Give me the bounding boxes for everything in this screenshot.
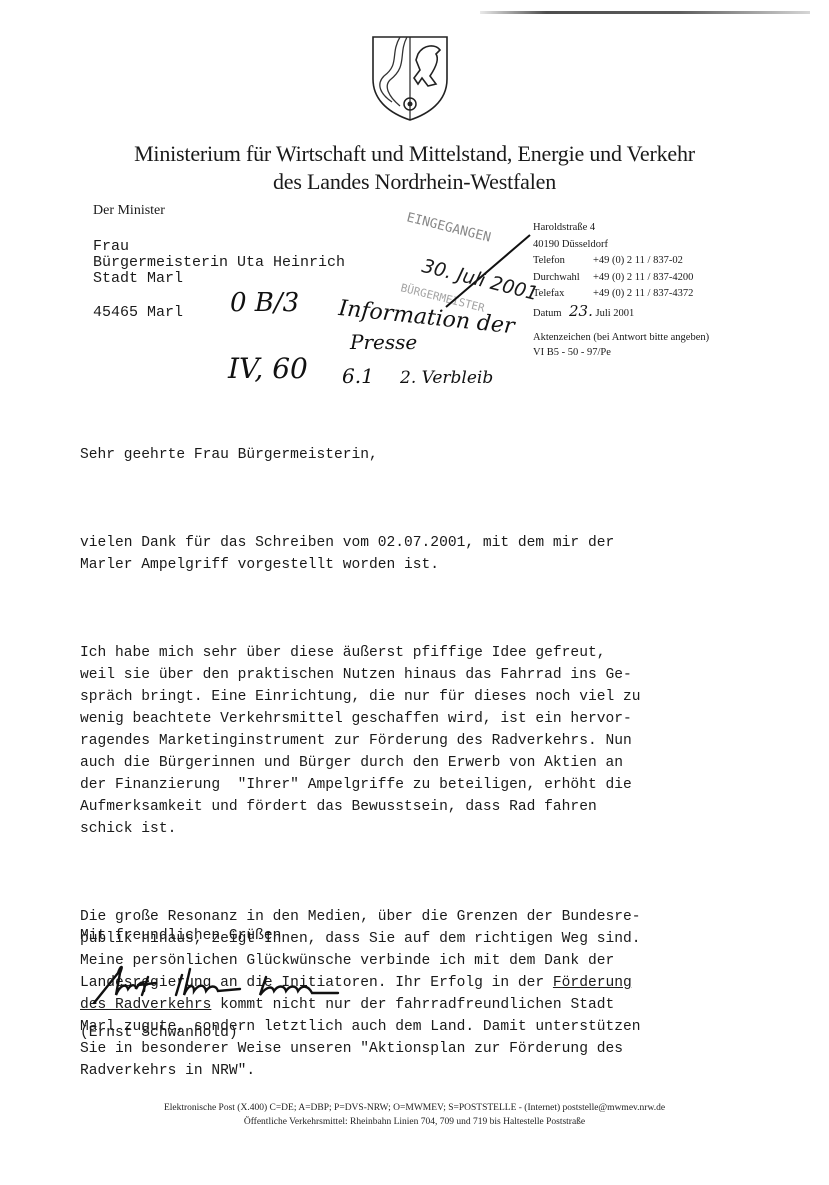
reference-label: Aktenzeichen (bei Antwort bitte angeben) — [533, 330, 709, 345]
body-line: ragendes Marketinginstrument zur Förderu… — [80, 733, 632, 749]
body-line: Aufmerksamkeit und fördert das Bewusstse… — [80, 799, 597, 815]
footer-email: Elektronische Post (X.400) C=DE; A=DBP; … — [0, 1101, 829, 1115]
recipient-address: Frau Bürgermeisterin Uta Heinrich Stadt … — [93, 239, 345, 287]
coat-of-arms-icon — [370, 34, 450, 122]
scan-artifact-line — [480, 11, 810, 14]
body-line: schick ist. — [80, 821, 176, 837]
greeting: Sehr geehrte Frau Bürgermeisterin, — [80, 444, 740, 466]
body-line: auch die Bürgerinnen und Bürger durch de… — [80, 755, 623, 771]
body-line: der Finanzierung "Ihrer" Ampelgriffe zu … — [80, 777, 632, 793]
paragraph-1: vielen Dank für das Schreiben vom 02.07.… — [80, 532, 740, 576]
contact-city: 40190 Düsseldorf — [533, 237, 693, 254]
body-line: vielen Dank für das Schreiben vom 02.07.… — [80, 535, 614, 551]
contact-block: Haroldstraße 4 40190 Düsseldorf Telefon+… — [533, 220, 693, 322]
contact-street: Haroldstraße 4 — [533, 220, 693, 237]
reference-value: VI B5 - 50 - 97/Pe — [533, 345, 709, 360]
signature — [90, 955, 350, 1015]
body-line: weil sie über den praktischen Nutzen hin… — [80, 667, 632, 683]
contact-fax-row: Telefax+49 (0) 2 11 / 837-4372 — [533, 286, 693, 303]
paragraph-2: Ich habe mich sehr über diese äußerst pf… — [80, 642, 740, 840]
reference-block: Aktenzeichen (bei Antwort bitte angeben)… — [533, 330, 709, 360]
handwritten-note-retention: 2. Verbleib — [400, 368, 493, 388]
footer-transit: Öffentliche Verkehrsmittel: Rheinbahn Li… — [0, 1115, 829, 1129]
recipient-org: Stadt Marl — [93, 271, 345, 287]
fax-value: +49 (0) 2 11 / 837-4372 — [593, 288, 693, 299]
handwritten-note-item: 6.1 — [342, 364, 374, 388]
phone-label: Telefon — [533, 253, 593, 270]
sender-label: Der Minister — [93, 203, 165, 219]
body-line: wenig beachtete Verkehrsmittel geschaffe… — [80, 711, 632, 727]
body-line: Sie in besonderer Weise unseren "Aktions… — [80, 1041, 623, 1057]
recipient-zip-city: 45465 Marl — [93, 305, 183, 321]
body-line: Die große Resonanz in den Medien, über d… — [80, 909, 641, 925]
handwritten-note-press: Presse — [350, 330, 417, 354]
body-line: Marler Ampelgriff vorgestellt worden ist… — [80, 557, 439, 573]
letter-body: Sehr geehrte Frau Bürgermeisterin, viele… — [80, 400, 740, 1126]
contact-phone-row: Telefon+49 (0) 2 11 / 837-02 — [533, 253, 693, 270]
handwritten-note-routing: 0 B/3 — [230, 288, 299, 318]
ministry-header: Ministerium für Wirtschaft und Mittelsta… — [0, 140, 829, 196]
date-day-handwritten: 23. — [569, 302, 593, 320]
signer-name: (Ernst Schwanhold) — [80, 1025, 238, 1041]
fax-label: Telefax — [533, 286, 593, 303]
contact-direct-row: Durchwahl+49 (0) 2 11 / 837-4200 — [533, 270, 693, 287]
handwritten-note-department: IV, 60 — [228, 352, 308, 385]
recipient-name: Bürgermeisterin Uta Heinrich — [93, 255, 345, 271]
stamp-top-text: EINGEGANGEN — [405, 210, 492, 245]
body-line: Ich habe mich sehr über diese äußerst pf… — [80, 645, 605, 661]
phone-value: +49 (0) 2 11 / 837-02 — [593, 255, 683, 266]
direct-label: Durchwahl — [533, 270, 593, 287]
ministry-name: Ministerium für Wirtschaft und Mittelsta… — [0, 140, 829, 168]
direct-value: +49 (0) 2 11 / 837-4200 — [593, 272, 693, 283]
closing: Mit freundlichen Grüßen — [80, 928, 281, 944]
contact-date-row: Datum23. Juli 2001 — [533, 303, 693, 323]
body-line: spräch bringt. Eine Einrichtung, die nur… — [80, 689, 641, 705]
ministry-state: des Landes Nordrhein-Westfalen — [0, 168, 829, 196]
letter-footer: Elektronische Post (X.400) C=DE; A=DBP; … — [0, 1101, 829, 1129]
body-line: Radverkehrs in NRW". — [80, 1063, 255, 1079]
date-month-year: Juli 2001 — [595, 308, 634, 319]
recipient-salutation: Frau — [93, 239, 345, 255]
